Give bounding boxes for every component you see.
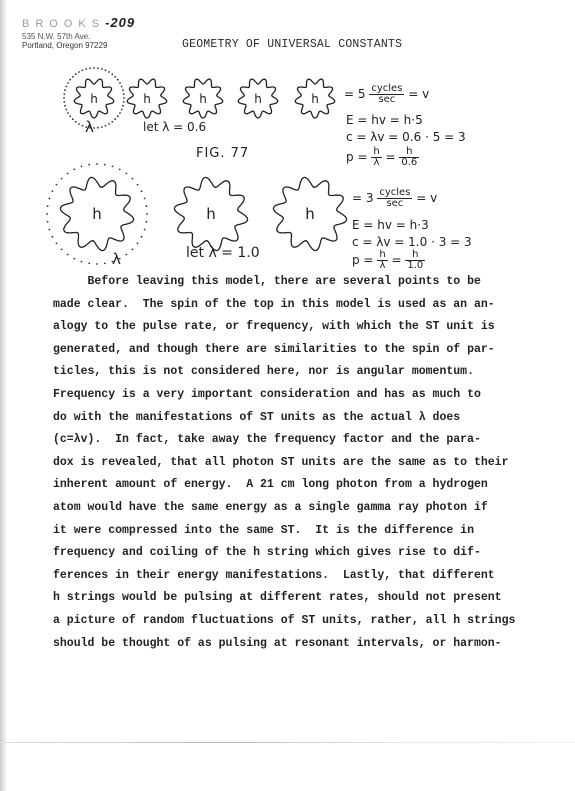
svg-text:h: h bbox=[206, 205, 216, 223]
body-line: Frequency is a very important considerat… bbox=[53, 384, 553, 407]
p-eq-row2: p = hλ = h1.0 bbox=[352, 250, 425, 271]
body-line: do with the manifestations of ST units a… bbox=[53, 407, 553, 430]
svg-text:h: h bbox=[305, 205, 315, 223]
let-lambda-row2: let λ = 1.0 bbox=[186, 245, 260, 261]
body-line: ticles, this is not considered here, nor… bbox=[53, 361, 553, 384]
body-line: (c=λv). In fact, take away the frequency… bbox=[53, 429, 553, 452]
address-stamp: BROOKS-209 535 N.W. 57th Ave. Portland, … bbox=[22, 14, 135, 51]
figure-label: FIG. 77 bbox=[196, 146, 249, 161]
figure-77-drawing: hhhhh hhh bbox=[0, 60, 575, 270]
energy-eq-row2: E = hv = h·3 bbox=[352, 218, 429, 232]
page-title: GEOMETRY OF UNIVERSAL CONSTANTS bbox=[182, 38, 402, 51]
svg-text:h: h bbox=[199, 92, 207, 106]
body-line: a picture of random fluctuations of ST u… bbox=[53, 610, 553, 633]
body-line: made clear. The spin of the top in this … bbox=[53, 294, 553, 317]
svg-text:h: h bbox=[254, 92, 262, 106]
svg-text:h: h bbox=[143, 92, 151, 106]
body-line: it were compressed into the same ST. It … bbox=[53, 520, 553, 543]
body-line: ferences in their energy manifestations.… bbox=[53, 565, 553, 588]
frequency-eq-row2: = 3 cyclessec = v bbox=[352, 188, 437, 209]
c-eq-row2: c = λv = 1.0 · 3 = 3 bbox=[352, 235, 472, 249]
energy-eq-row1: E = hv = h·5 bbox=[346, 113, 423, 127]
stamp-name: BROOKS bbox=[22, 18, 105, 30]
body-line: generated, and though there are similari… bbox=[53, 339, 553, 362]
body-line: frequency and coiling of the h string wh… bbox=[53, 542, 553, 565]
body-paragraph: Before leaving this model, there are sev… bbox=[53, 271, 553, 655]
stamp-address-line2: Portland, Oregon 97229 bbox=[22, 41, 135, 51]
svg-text:h: h bbox=[90, 92, 98, 106]
lambda-label-row1: λ bbox=[85, 118, 94, 136]
body-line: h strings would be pulsing at different … bbox=[53, 587, 553, 610]
body-line: Before leaving this model, there are sev… bbox=[53, 271, 553, 294]
p-eq-row1: p = hλ = h0.6 bbox=[346, 147, 419, 168]
body-line: inherent amount of energy. A 21 cm long … bbox=[53, 474, 553, 497]
frequency-eq-row1: = 5 cyclessec = v bbox=[344, 84, 429, 105]
let-lambda-row1: let λ = 0.6 bbox=[143, 120, 206, 134]
stamp-address-line1: 535 N.W. 57th Ave. bbox=[22, 32, 135, 41]
scan-artifact-line bbox=[0, 742, 575, 743]
body-line: should be thought of as pulsing at reson… bbox=[53, 633, 553, 656]
body-line: dox is revealed, that all photon ST unit… bbox=[53, 452, 553, 475]
c-eq-row1: c = λv = 0.6 · 5 = 3 bbox=[346, 130, 466, 144]
svg-text:h: h bbox=[311, 92, 319, 106]
svg-text:h: h bbox=[92, 205, 102, 223]
body-line: atom would have the same energy as a sin… bbox=[53, 497, 553, 520]
lambda-label-row2: λ bbox=[112, 250, 121, 268]
body-line: alogy to the pulse rate, or frequency, w… bbox=[53, 316, 553, 339]
stamp-number: -209 bbox=[105, 15, 135, 30]
